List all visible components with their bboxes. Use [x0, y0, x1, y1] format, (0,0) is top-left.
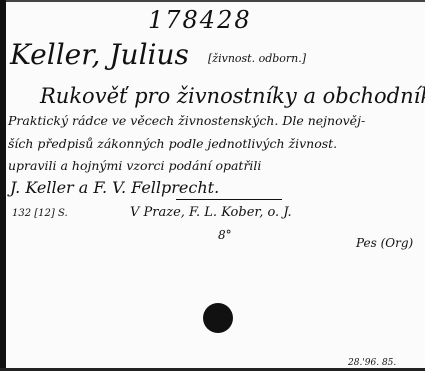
call-number: 178428 [148, 6, 252, 34]
title-line: Rukověť pro živnostníky a obchodníky. [40, 84, 425, 108]
author-heading: Keller, Julius [10, 38, 189, 71]
body-line-1: Praktický rádce ve věcech živnostenských… [8, 113, 365, 128]
format: 8° [218, 228, 232, 242]
authors-line: J. Keller a F. V. Fellprecht. [10, 178, 219, 197]
date-stamp: 28.'96. 85. [348, 358, 396, 368]
shelf-mark: 132 [12] S. [12, 208, 68, 219]
card-top-edge [0, 0, 425, 2]
body-line-3: upravili a hojnými vzorci podání opatřil… [8, 158, 261, 173]
imprint: V Praze, F. L. Kober, o. J. [130, 205, 292, 220]
body-line-2: ších předpisů zákonných podle jednotlivý… [8, 136, 337, 151]
card-left-edge [0, 0, 6, 370]
catalog-card: 178428 Keller, Julius [živnost. odborn.]… [0, 0, 425, 370]
punch-hole [203, 303, 233, 333]
author-note: [živnost. odborn.] [208, 52, 306, 65]
author-underline [176, 199, 282, 200]
card-bottom-edge [0, 368, 425, 371]
copy-note: Pes (Org) [356, 236, 413, 250]
